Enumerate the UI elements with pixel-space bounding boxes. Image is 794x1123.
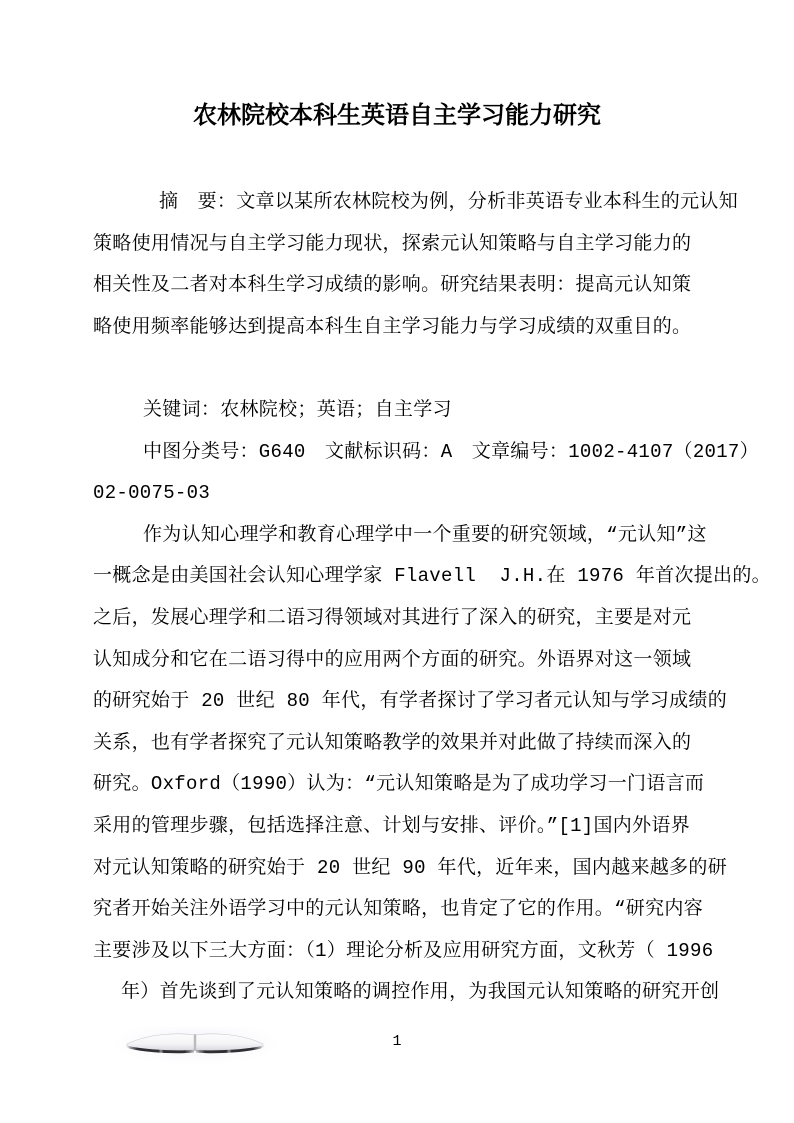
document-page: 农林院校本科生英语自主学习能力研究 摘 要：文章以某所农林院校为例，分析非英语专… <box>0 0 794 1123</box>
body-line: 一概念是由美国社会认知心理学家 Flavell J.H.在 1976 年首次提出… <box>93 556 709 598</box>
body-line: 年）首先谈到了元认知策略的调控作用，为我国元认知策略的研究开创 <box>93 972 709 1014</box>
blank-line <box>93 348 709 390</box>
abstract-line: 略使用频率能够达到提高本科生自主学习能力与学习成绩的双重目的。 <box>93 307 709 349</box>
body-line: 究者开始关注外语学习中的元认知策略，也肯定了它的作用。“研究内容 <box>93 889 709 931</box>
meta-line: 中图分类号：G640 文献标识码：A 文章编号：1002-4107（2017） <box>93 432 709 474</box>
body-line: 的研究始于 20 世纪 80 年代，有学者探讨了学习者元认知与学习成绩的 <box>93 681 709 723</box>
body-line: 采用的管理步骤，包括选择注意、计划与安排、评价。”[1]国内外语界 <box>93 806 709 848</box>
body-line: 之后，发展心理学和二语习得领域对其进行了深入的研究，主要是对元 <box>93 598 709 640</box>
body-line: 关系，也有学者探究了元认知策略教学的效果并对此做了持续而深入的 <box>93 723 709 765</box>
body-line: 作为认知心理学和教育心理学中一个重要的研究领域，“元认知”这 <box>93 515 709 557</box>
body-line: 研究。Oxford（1990）认为：“元认知策略是为了成功学习一门语言而 <box>93 764 709 806</box>
page-number: 1 <box>0 1032 794 1052</box>
abstract-line: 相关性及二者对本科生学习成绩的影响。研究结果表明：提高元认知策 <box>93 265 709 307</box>
body-line: 主要涉及以下三大方面：（1）理论分析及应用研究方面，文秋芳（ 1996 <box>93 931 709 973</box>
abstract-line: 摘 要：文章以某所农林院校为例，分析非英语专业本科生的元认知 <box>93 182 709 224</box>
keywords-line: 关键词：农林院校；英语；自主学习 <box>93 390 709 432</box>
body-line: 对元认知策略的研究始于 20 世纪 90 年代，近年来，国内越来越多的研 <box>93 848 709 890</box>
meta-line: 02-0075-03 <box>93 473 709 515</box>
body-line: 认知成分和它在二语习得中的应用两个方面的研究。外语界对这一领域 <box>93 640 709 682</box>
document-body: 摘 要：文章以某所农林院校为例，分析非英语专业本科生的元认知 策略使用情况与自主… <box>93 182 709 1014</box>
page-title: 农林院校本科生英语自主学习能力研究 <box>0 96 794 136</box>
abstract-line: 策略使用情况与自主学习能力现状，探索元认知策略与自主学习能力的 <box>93 224 709 266</box>
